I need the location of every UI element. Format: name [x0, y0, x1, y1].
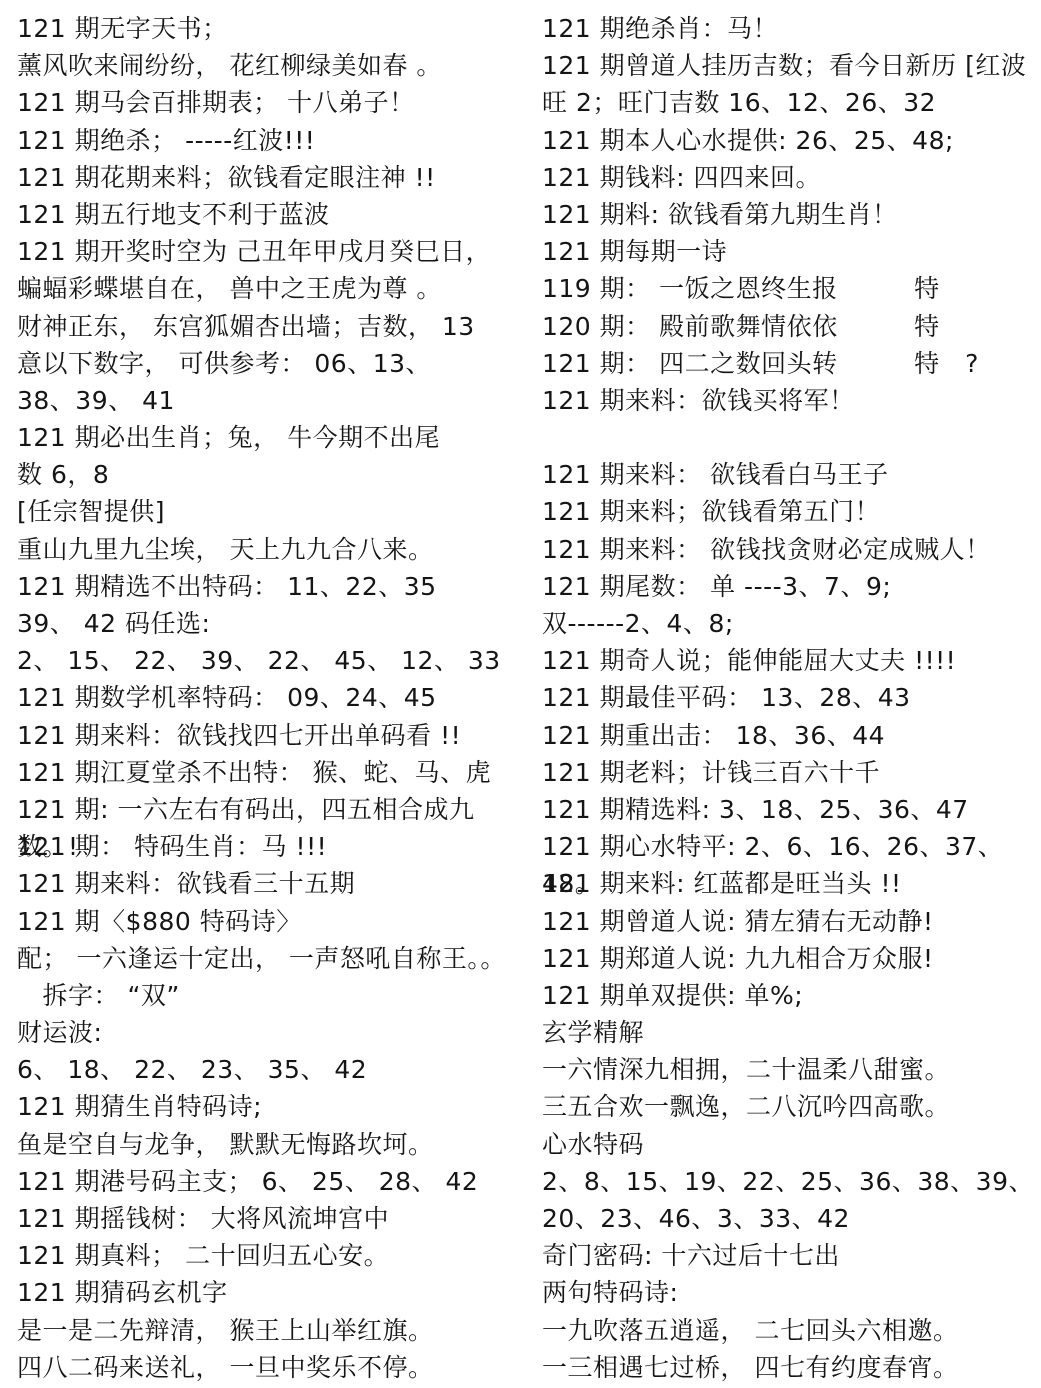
- text-line: 121 期绝杀； -----红波!!!: [17, 122, 529, 159]
- text-line: 121 期郑道人说: 九九相合万众服!: [542, 940, 1040, 977]
- text-line: 121 期心水特平: 2、6、16、26、37、48。: [542, 828, 1040, 865]
- text-line: 121 期奇人说；能伸能屈大丈夫 !!!!: [542, 642, 1040, 679]
- text-line: 121 期来料：欲钱买将军！: [542, 382, 1040, 419]
- text-line: 121 期真料； 二十回归五心安。: [17, 1237, 529, 1274]
- text-line: 121 期猜生肖特码诗;: [17, 1088, 529, 1125]
- text-line: 旺 2；旺门吉数 16、12、26、32: [542, 84, 1040, 121]
- text-line: 财运波:: [17, 1014, 529, 1051]
- text-line: 121 期： 特码生肖：马 !!!: [17, 828, 529, 865]
- text-line: 一六情深九相拥，二十温柔八甜蜜。: [542, 1051, 1040, 1088]
- text-line: 121 期本人心水提供: 26、25、48;: [542, 122, 1040, 159]
- text-line: 四八二码来送礼， 一旦中奖乐不停。: [17, 1349, 529, 1386]
- text-line: 121 期江夏堂杀不出特： 猴、蛇、马、虎: [17, 754, 529, 791]
- text-line: 121 期五行地支不利于蓝波: [17, 196, 529, 233]
- text-line: 121 期重出击： 18、36、44: [542, 717, 1040, 754]
- text-line: 重山九里九尘埃， 天上九九合八来。: [17, 531, 529, 568]
- text-line: 121 期曾道人挂历吉数；看今日新历 [红波: [542, 47, 1040, 84]
- text-line: 121 期每期一诗: [542, 233, 1040, 270]
- text-line: 121 期无字天书；: [17, 10, 529, 47]
- text-line: 奇门密码: 十六过后十七出: [542, 1237, 1040, 1274]
- text-line: 心水特码: [542, 1126, 1040, 1163]
- text-line: 6、 18、 22、 23、 35、 42: [17, 1051, 529, 1088]
- text-line: 121 期猜码玄机字: [17, 1274, 529, 1311]
- text-line: 121 期来料；欲钱看第五门！: [542, 493, 1040, 530]
- text-line: 一九吹落五逍遥， 二七回头六相邀。: [542, 1312, 1040, 1349]
- text-line: 薰风吹来闹纷纷， 花红柳绿美如春 。: [17, 47, 529, 84]
- right-text-column: 121 期绝杀肖：马！121 期曾道人挂历吉数；看今日新历 [红波旺 2；旺门吉…: [542, 10, 1040, 1386]
- text-line: 财神正东， 东宫狐媚杏出墙；吉数， 13: [17, 308, 529, 345]
- text-line: 121 期: 一六左右有码出，四五相合成九数。!: [17, 791, 529, 828]
- text-line: 121 期来料： 欲钱看白马王子: [542, 456, 1040, 493]
- text-line: 配； 一六逢运十定出， 一声怒吼自称王。。: [17, 940, 529, 977]
- text-line: 121 期摇钱树： 大将风流坤宫中: [17, 1200, 529, 1237]
- text-line: 数 6，8: [17, 456, 529, 493]
- text-line: 一三相遇七过桥， 四七有约度春宵。: [542, 1349, 1040, 1386]
- left-text-column: 121 期无字天书；薰风吹来闹纷纷， 花红柳绿美如春 。121 期马会百排期表；…: [17, 10, 529, 1386]
- text-line: 是一是二先辩清， 猴王上山举红旗。: [17, 1312, 529, 1349]
- text-line: 121 期必出生肖；兔， 牛今期不出尾: [17, 419, 529, 456]
- text-line: 121 期来料：欲钱看三十五期: [17, 865, 529, 902]
- text-line: 39、 42 码任选:: [17, 605, 529, 642]
- text-line: [542, 419, 1040, 456]
- text-line: 意以下数字， 可供参考： 06、13、: [17, 345, 529, 382]
- text-line: [任宗智提供]: [17, 493, 529, 530]
- text-line: 120 期： 殿前歌舞情依依 特: [542, 308, 1040, 345]
- text-line: 121 期数学机率特码： 09、24、45: [17, 679, 529, 716]
- lottery-tips-page: 121 期无字天书；薰风吹来闹纷纷， 花红柳绿美如春 。121 期马会百排期表；…: [0, 0, 1041, 1388]
- text-line: 121 期来料: 红蓝都是旺当头 !!: [542, 865, 1040, 902]
- text-line: 38、39、 41: [17, 382, 529, 419]
- text-line: 两句特码诗:: [542, 1274, 1040, 1311]
- text-line: 121 期钱料: 四四来回。: [542, 159, 1040, 196]
- text-line: 121 期单双提供: 单%;: [542, 977, 1040, 1014]
- text-line: 121 期尾数： 单 ----3、7、9;: [542, 568, 1040, 605]
- text-line: 拆字： “双”: [17, 977, 529, 1014]
- text-line: 121 期开奖时空为 己丑年甲戌月癸巳日，: [17, 233, 529, 270]
- text-line: 2、8、15、19、22、25、36、38、39、: [542, 1163, 1040, 1200]
- text-line: 121 期老料；计钱三百六十千: [542, 754, 1040, 791]
- text-line: 121 期来料：欲钱找四七开出单码看 !!: [17, 717, 529, 754]
- text-line: 121 期精选料: 3、18、25、36、47: [542, 791, 1040, 828]
- text-line: 121 期精选不出特码： 11、22、35: [17, 568, 529, 605]
- text-line: 121 期： 四二之数回头转 特 ?: [542, 345, 1040, 382]
- text-line: 121 期花期来料；欲钱看定眼注神 !!: [17, 159, 529, 196]
- text-line: 121 期〈$880 特码诗〉: [17, 903, 529, 940]
- text-line: 119 期： 一饭之恩终生报 特: [542, 270, 1040, 307]
- text-line: 121 期曾道人说: 猜左猜右无动静!: [542, 903, 1040, 940]
- text-line: 121 期港号码主支； 6、 25、 28、 42: [17, 1163, 529, 1200]
- text-line: 121 期马会百排期表； 十八弟子！: [17, 84, 529, 121]
- text-line: 121 期最佳平码： 13、28、43: [542, 679, 1040, 716]
- text-line: 121 期料: 欲钱看第九期生肖！: [542, 196, 1040, 233]
- text-line: 121 期来料： 欲钱找贪财必定成贼人！: [542, 531, 1040, 568]
- text-line: 20、23、46、3、33、42: [542, 1200, 1040, 1237]
- text-line: 玄学精解: [542, 1014, 1040, 1051]
- text-line: 蝙蝠彩蝶堪自在， 兽中之王虎为尊 。: [17, 270, 529, 307]
- text-line: 鱼是空自与龙争， 默默无悔路坎坷。: [17, 1126, 529, 1163]
- text-line: 三五合欢一飘逸，二八沉吟四高歌。: [542, 1088, 1040, 1125]
- text-line: 121 期绝杀肖：马！: [542, 10, 1040, 47]
- text-line: 双------2、4、8;: [542, 605, 1040, 642]
- text-line: 2、 15、 22、 39、 22、 45、 12、 33: [17, 642, 529, 679]
